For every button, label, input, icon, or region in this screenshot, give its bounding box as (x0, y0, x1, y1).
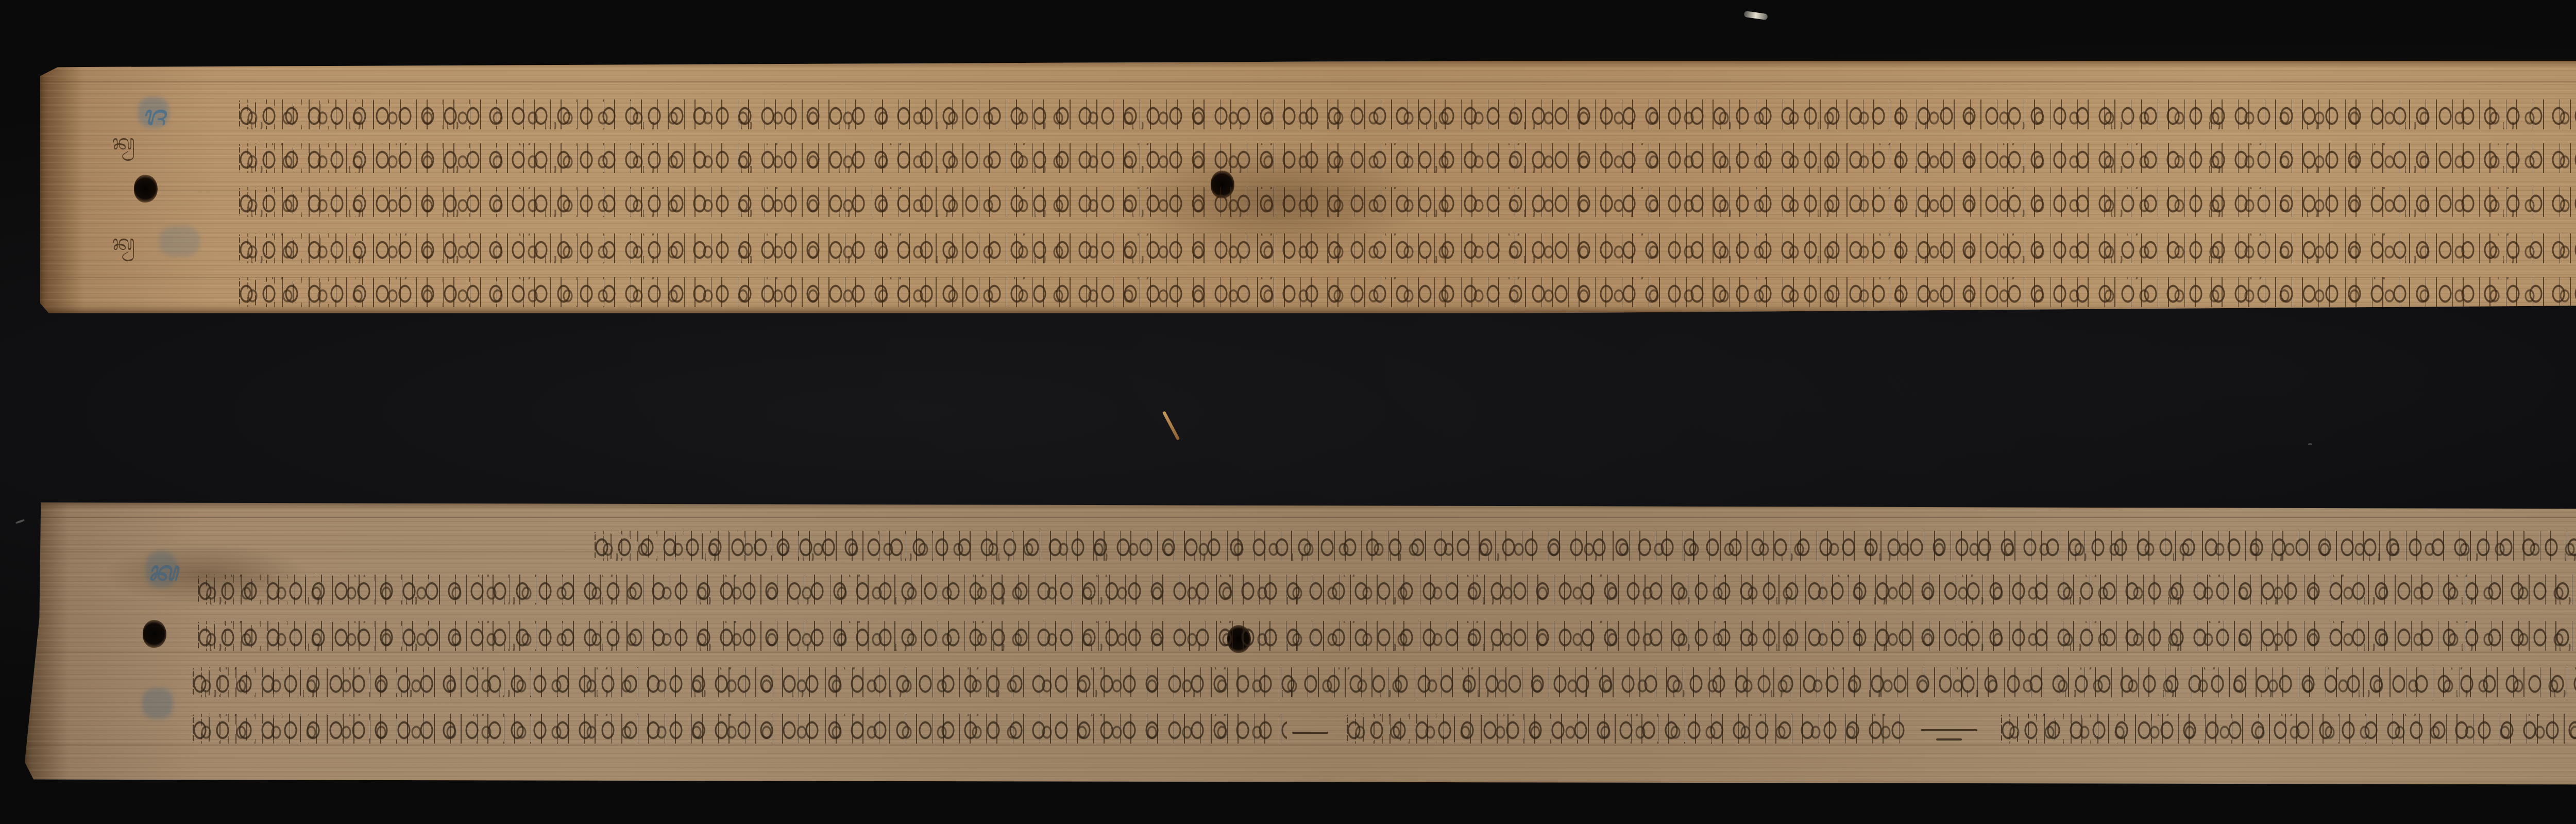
leaf-fiber (25, 517, 2576, 518)
margin-letter-mark: ᬓ (148, 551, 178, 600)
script-line-4 (190, 667, 2576, 697)
script-line-2 (236, 143, 2576, 173)
script-line-5c (1998, 714, 2576, 744)
section-separator-dash (1292, 732, 1328, 734)
script-line-3 (195, 621, 2576, 651)
script-line-4 (236, 233, 2576, 263)
leaf-fiber (25, 745, 2576, 746)
blue-ink-smudge (159, 226, 200, 257)
section-separator-dash (1921, 729, 1977, 731)
script-line-5 (236, 277, 2576, 307)
leaf-fiber (25, 652, 2576, 653)
section-separator-dash (1936, 738, 1962, 741)
script-line-1 (591, 531, 2576, 561)
dust-speck (2308, 443, 2312, 445)
script-line-2 (195, 575, 2576, 604)
script-line-1 (236, 99, 2576, 129)
palm-leaf-folio-top: ᬚ ᬓ᭄ᬯ ᬓ᭄ᬯ 24 (40, 61, 2576, 313)
binding-hole-left (143, 620, 166, 648)
palm-leaf-folio-bottom: ᬓ 25 (25, 502, 2576, 791)
margin-glyph: ᬓ᭄ᬯ (112, 228, 135, 265)
binding-hole-left (134, 175, 158, 203)
script-line-3 (236, 187, 2576, 217)
blue-ink-smudge (142, 688, 173, 719)
margin-glyph: ᬓ᭄ᬯ (112, 128, 135, 165)
leaf-fiber (40, 81, 2576, 82)
script-line-5a (190, 714, 1287, 744)
script-line-5b (1344, 714, 1905, 744)
margin-letter-mark: ᬚ (142, 96, 166, 144)
